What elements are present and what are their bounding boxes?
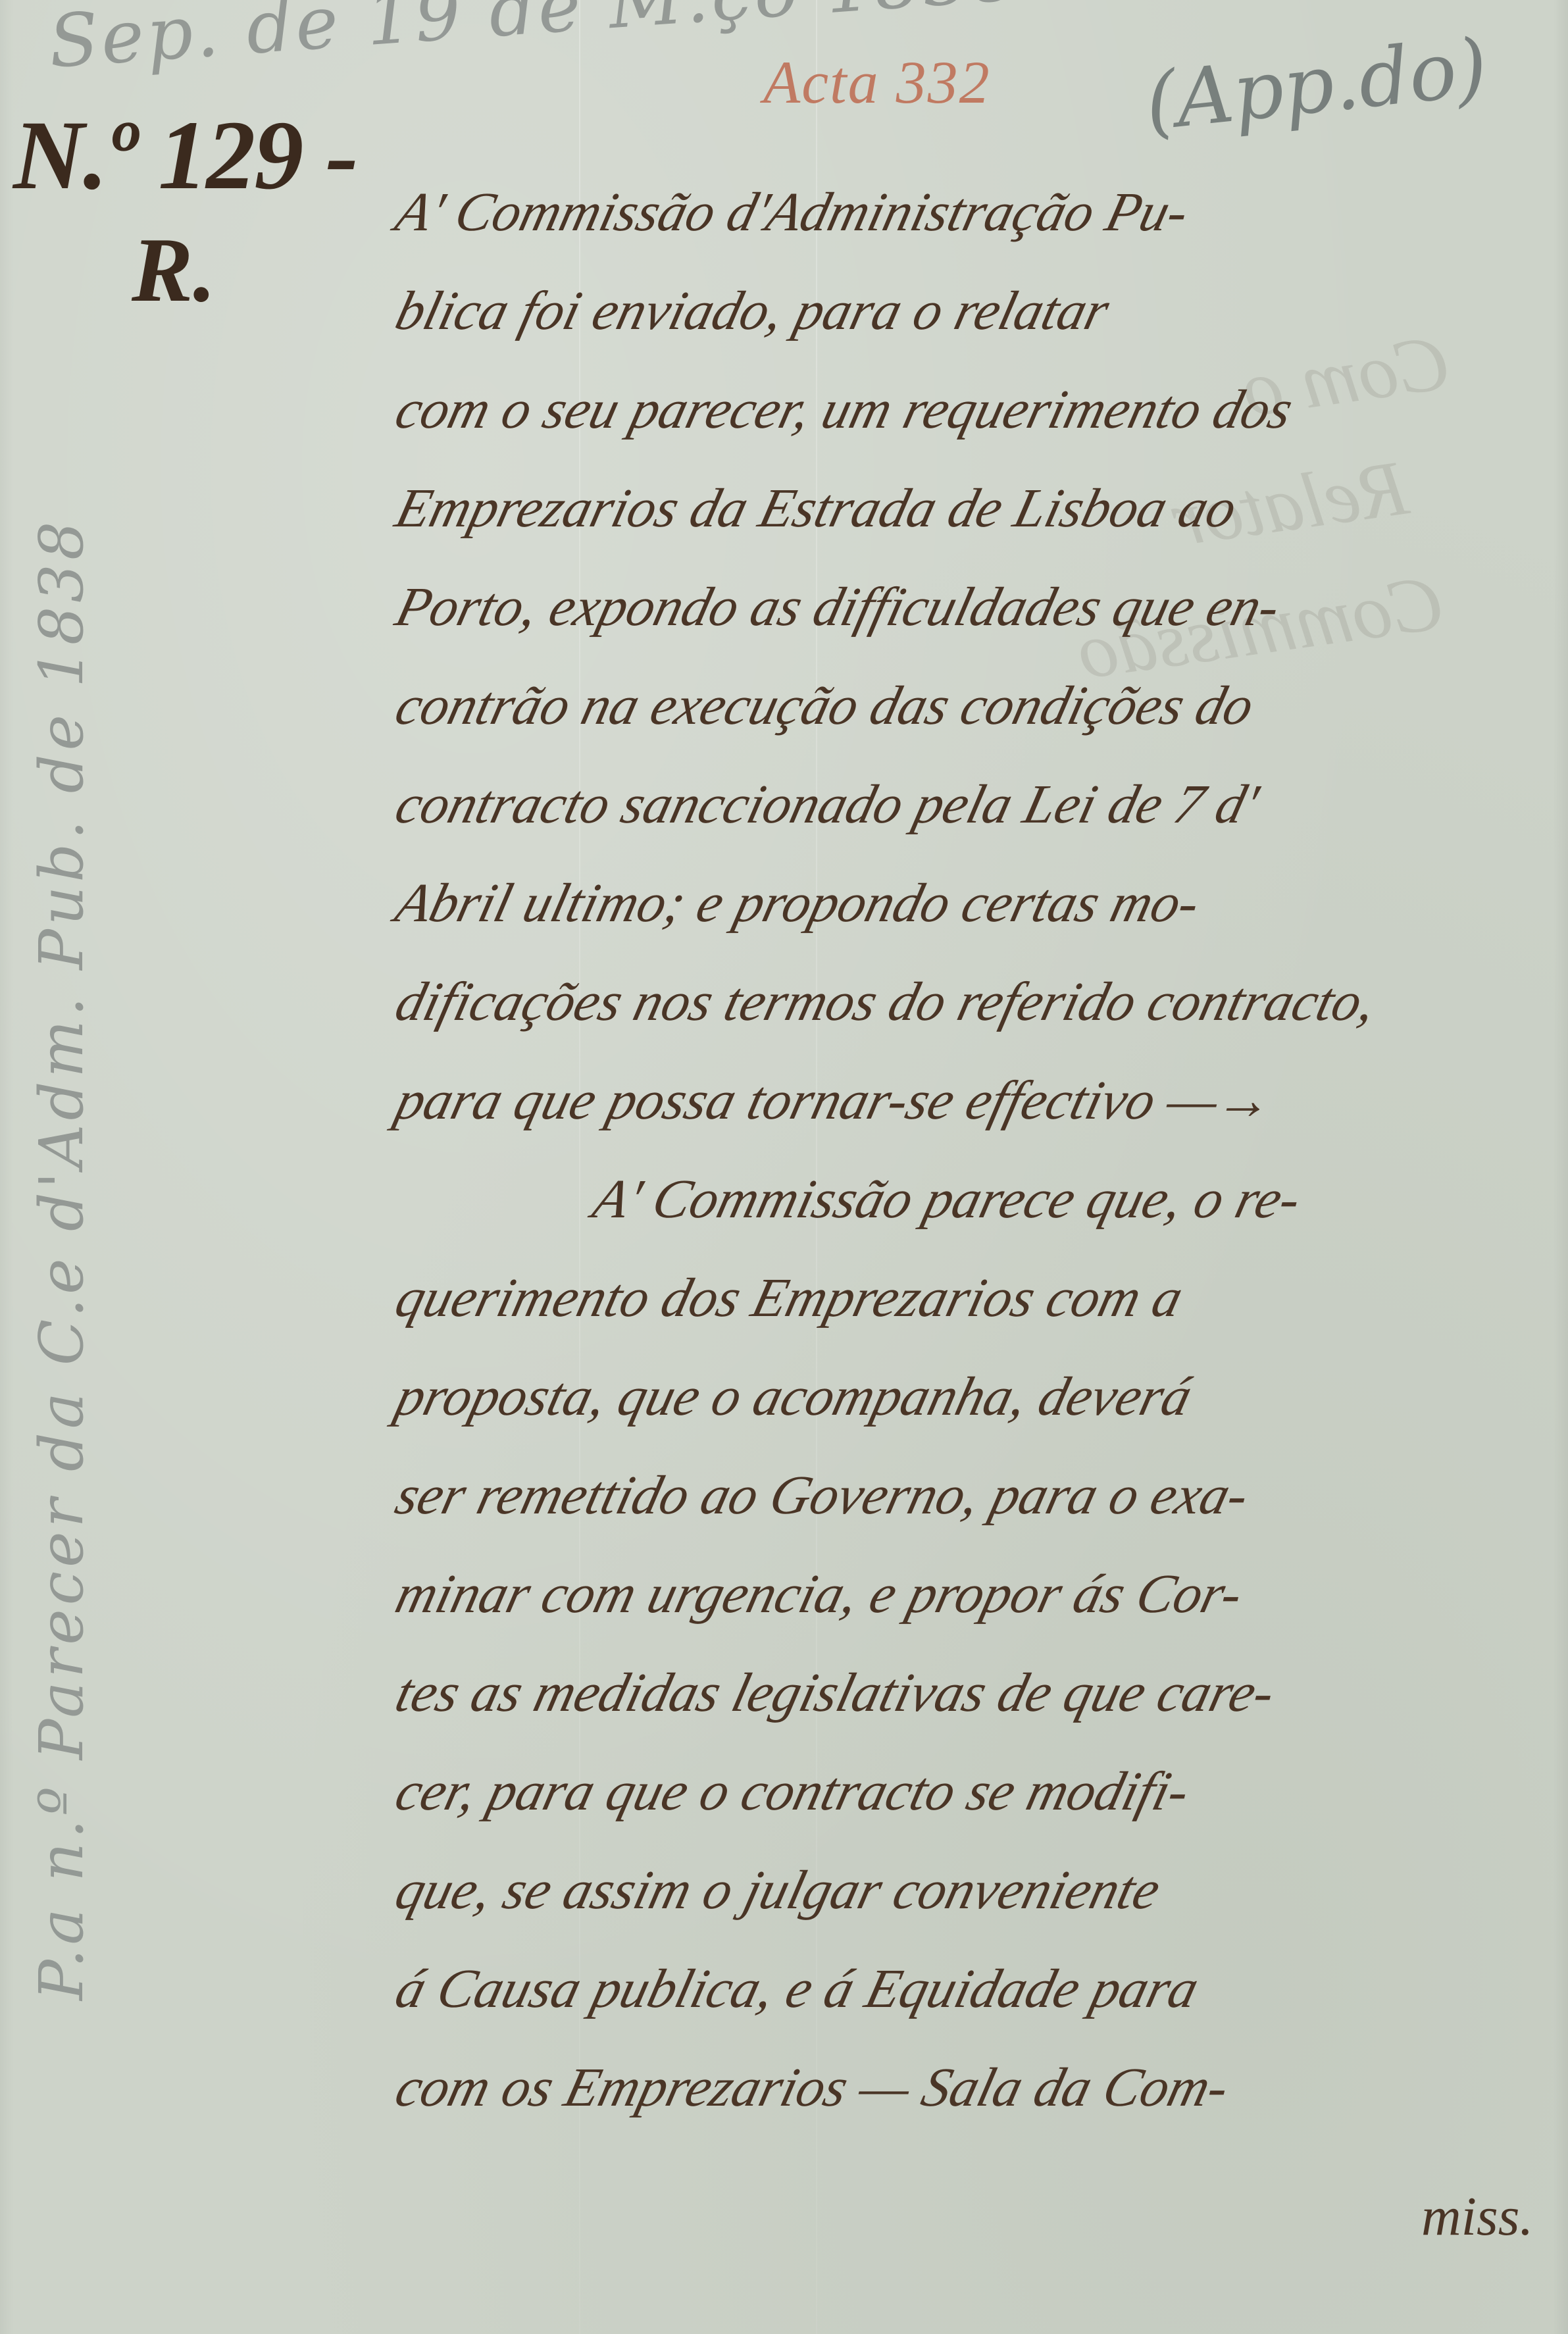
closing-word: miss. (1421, 2185, 1533, 2248)
text-line: blica foi enviado, para o relatar (385, 262, 1568, 361)
text-line: contrão na execução das condições do (385, 657, 1568, 755)
text-line: Abril ultimo; e propondo certas mo- (385, 854, 1568, 953)
text-line: cer, para que o contracto se modifi- (385, 1742, 1568, 1841)
text-line: Porto, expondo as difficuldades que en- (385, 558, 1568, 657)
text-line: querimento dos Emprezarios com a (385, 1249, 1568, 1348)
text-line: que, se assim o julgar conveniente (385, 1841, 1568, 1940)
manuscript-page: Com o Relator Commissão Sep. de 19 de M.… (0, 0, 1568, 2334)
text-line: com o seu parecer, um requerimento dos (385, 361, 1568, 459)
text-line: com os Emprezarios — Sala da Com- (385, 2039, 1568, 2137)
approved-annotation: (App.do) (1141, 22, 1492, 149)
text-line: proposta, que o acompanha, deverá (385, 1348, 1568, 1446)
text-line: para que possa tornar-se effectivo —→ (385, 1052, 1568, 1150)
text-line: A' Commissão d'Administração Pu- (385, 163, 1568, 262)
manuscript-body: A' Commissão d'Administração Pu- blica f… (385, 163, 1556, 2137)
margin-pencil-note: P.a n.º Parecer da C.e d'Adm. Pub. de 18… (26, 518, 97, 2000)
text-line: contracto sanccionado pela Lei de 7 d' (385, 755, 1568, 854)
paragraph-start-line: A' Commissão parece que, o re- (385, 1150, 1568, 1249)
text-line: á Causa publica, e á Equidade para (385, 1940, 1568, 2039)
text-line: dificações nos termos do referido contra… (385, 953, 1568, 1052)
document-number: N.º 129 - (13, 99, 357, 212)
text-line: Emprezarios da Estrada de Lisboa ao (385, 459, 1568, 558)
document-letter: R. (132, 217, 216, 323)
text-line: tes as medidas legislativas de que care- (385, 1644, 1568, 1742)
acta-number-annotation: Acta 332 (763, 47, 991, 117)
text-line: minar com urgencia, e propor ás Cor- (385, 1545, 1568, 1644)
text-line: ser remettido ao Governo, para o exa- (385, 1446, 1568, 1545)
